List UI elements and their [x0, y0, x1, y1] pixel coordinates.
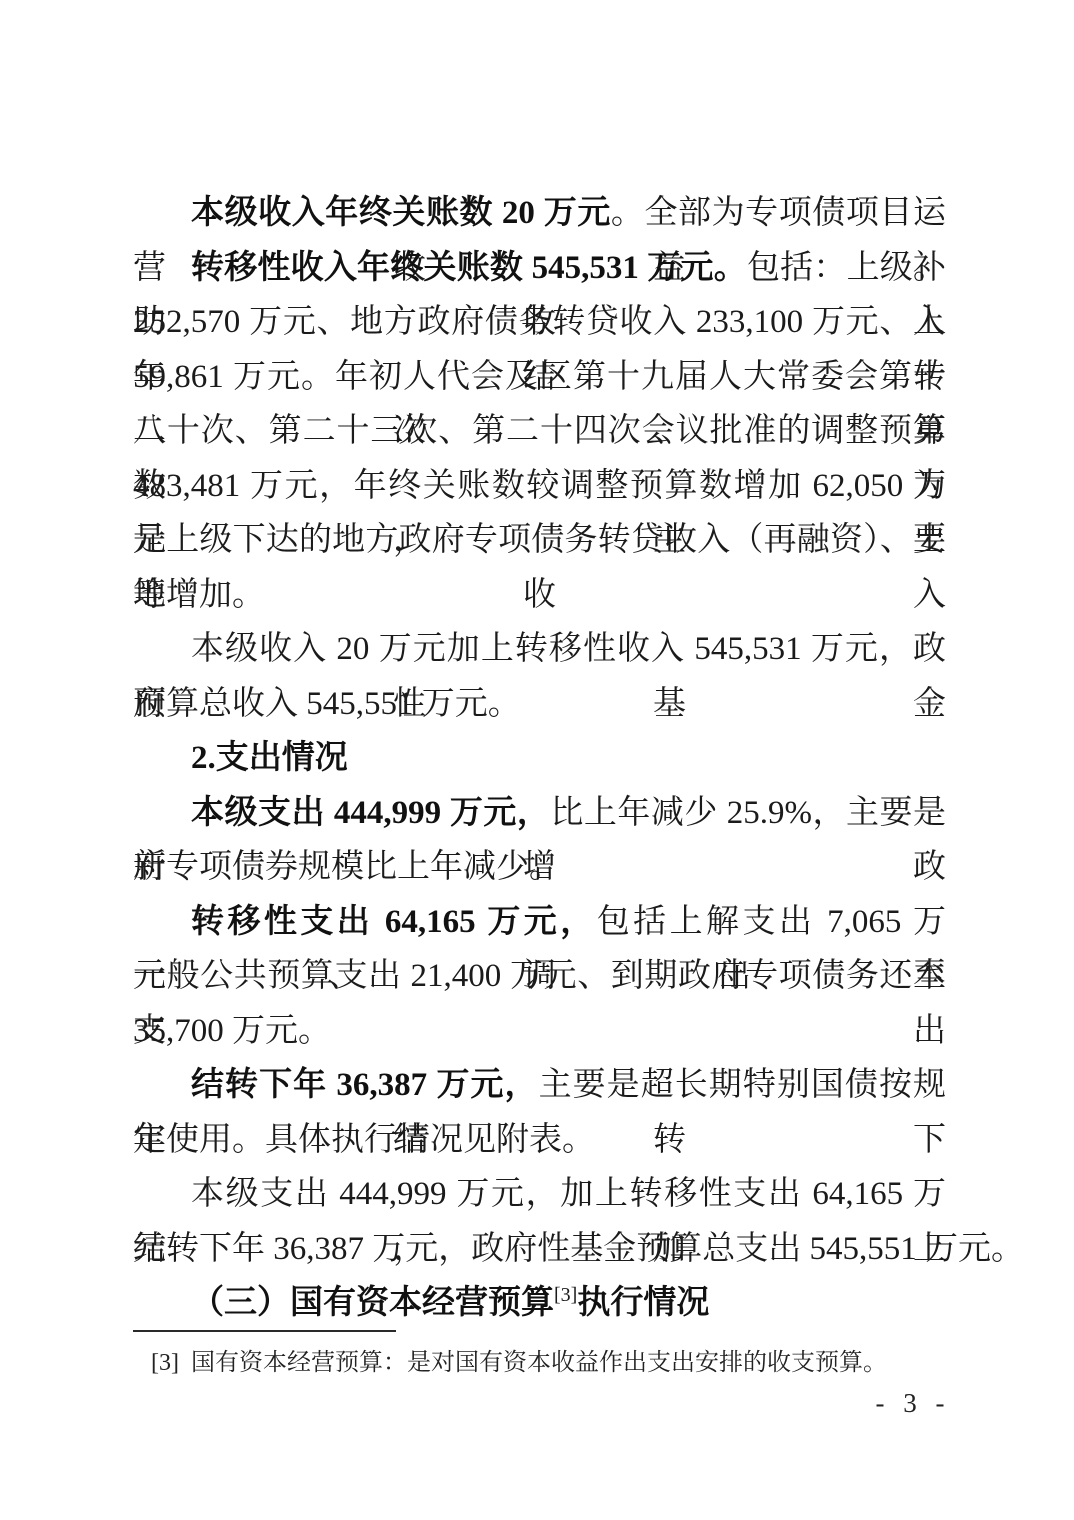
- text-run: 预算总收入 545,551 万元。: [133, 686, 521, 722]
- text-line: 2.支出情况: [133, 731, 946, 786]
- footnote-divider: [133, 1330, 396, 1332]
- footnote-marker: [3]: [151, 1350, 179, 1376]
- text-line: 转移性收入年终关账数 545,531 万元。包括：上级补助收入: [133, 241, 946, 296]
- text-line: （三）国有资本经营预算[3]执行情况: [133, 1276, 946, 1331]
- text-run: 转移性支出 64,165 万元，: [191, 904, 597, 940]
- text-line: 本级支出 444,999 万元，加上转移性支出 64,165 万元，加上: [133, 1167, 946, 1222]
- text-run: 执行情况: [577, 1285, 709, 1321]
- footnote-ref: [3]: [554, 1284, 577, 1306]
- text-run: 2.支出情况: [191, 740, 348, 776]
- text-line: 结转下年 36,387 万元，政府性基金预算总支出 545,551 万元。: [133, 1222, 946, 1277]
- text-run: 府专项债券规模比上年减少。: [133, 849, 562, 885]
- text-line: 结转下年 36,387 万元，主要是超长期特别国债按规定结转下: [133, 1058, 946, 1113]
- text-run: 35,700 万元。: [133, 1013, 331, 1049]
- text-line: 二十次、第二十三次、第二十四次会议批准的调整预算数为: [133, 404, 946, 459]
- text-line: 是上级下达的地方政府专项债务转贷收入（再融资）、土地收入: [133, 513, 946, 568]
- text-run: 本级支出 444,999 万元，: [191, 795, 550, 831]
- text-run: （三）国有资本经营预算: [191, 1285, 554, 1321]
- document-page: 本级收入年终关账数 20 万元。全部为专项债项目运营收益。转移性收入年终关账数 …: [0, 0, 1074, 1520]
- text-line: 本级支出 444,999 万元，比上年减少 25.9%，主要是新增政: [133, 786, 946, 841]
- text-run: 等增加。: [133, 577, 265, 613]
- text-run: 结转下年 36,387 万元，政府性基金预算总支出 545,551 万元。: [133, 1231, 1024, 1267]
- text-run: 本级收入年终关账数 20 万元: [191, 195, 611, 231]
- text-run: 转移性收入年终关账数 545,531 万元。: [191, 250, 747, 286]
- page-number: - 3 -: [868, 1388, 958, 1419]
- text-run: 结转下年 36,387 万元，: [191, 1067, 539, 1103]
- footnote-text: 国有资本经营预算：是对国有资本收益作出支出安排的收支预算。: [191, 1350, 887, 1376]
- footnote: [3]国有资本经营预算：是对国有资本收益作出支出安排的收支预算。: [133, 1344, 946, 1382]
- text-line: 483,481 万元，年终关账数较调整预算数增加 62,050 万元，主要: [133, 459, 946, 514]
- text-line: 59,861 万元。年初人代会及区第十九届人大常委会第十八次、第: [133, 350, 946, 405]
- text-line: 252,570 万元、地方政府债务转贷收入 233,100 万元、上年结转: [133, 295, 946, 350]
- text-run: 年使用。具体执行情况见附表。: [133, 1122, 595, 1158]
- text-line: 转移性支出 64,165 万元，包括上解支出 7,065 万元、调出至: [133, 895, 946, 950]
- text-line: 一般公共预算支出 21,400 万元、到期政府专项债务还本支出: [133, 949, 946, 1004]
- text-line: 本级收入年终关账数 20 万元。全部为专项债项目运营收益。: [133, 186, 946, 241]
- body-text: 本级收入年终关账数 20 万元。全部为专项债项目运营收益。转移性收入年终关账数 …: [133, 186, 946, 1331]
- text-line: 本级收入 20 万元加上转移性收入 545,531 万元，政府性基金: [133, 622, 946, 677]
